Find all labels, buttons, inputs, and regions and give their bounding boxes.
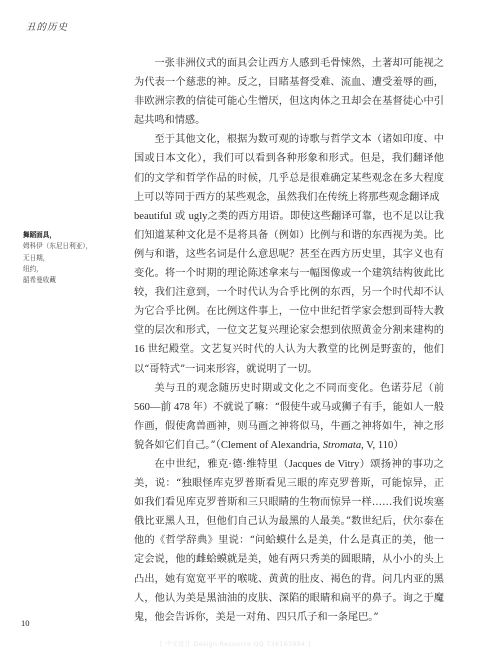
caption-title: 舞蹈面具， [23, 230, 123, 241]
image-caption: 舞蹈面具， 姆科伊（东尼日利亚）， 无日期， 纽约， 韶希曼收藏 [23, 230, 123, 286]
body-text: 一张非洲仪式的面具会让西方人感到毛骨悚然，土著却可能视之为代表一个慈悲的神。反之… [134, 54, 444, 627]
caption-line: 姆科伊（东尼日利亚）， [23, 241, 123, 252]
paragraph: 一张非洲仪式的面具会让西方人感到毛骨悚然，土著却可能视之为代表一个慈悲的神。反之… [134, 54, 444, 130]
caption-line: 无日期， [23, 253, 123, 264]
paragraph: 美与丑的观念随历史时期或文化之不同而变化。色诺芬尼（前560—前 478 年）不… [134, 379, 444, 455]
watermark: [ 中文设计 Design Resource QQ 736163994 ] [160, 639, 311, 648]
latin-term: ugly [189, 211, 208, 222]
caption-line: 纽约， [23, 264, 123, 275]
latin-term: beautiful [134, 211, 172, 222]
page-number: 10 [21, 618, 30, 628]
paragraph: 至于其他文化，根据为数可观的诗歌与哲学文本（诸如印度、中国或日本文化），我们可以… [134, 130, 444, 206]
running-head: 丑的历史 [26, 19, 68, 33]
paragraph-continued: beautiful 或 ugly之类的西方用语。即使这些翻译可靠，也不足以让我们… [134, 207, 444, 379]
paragraph: 在中世纪，雅克·德·维特里（Jacques de Vitry）颂扬神的事功之美，… [134, 455, 444, 627]
citation: （Clement of Alexandria, Stromata, V, 110… [216, 440, 404, 451]
caption-line: 韶希曼收藏 [23, 275, 123, 286]
